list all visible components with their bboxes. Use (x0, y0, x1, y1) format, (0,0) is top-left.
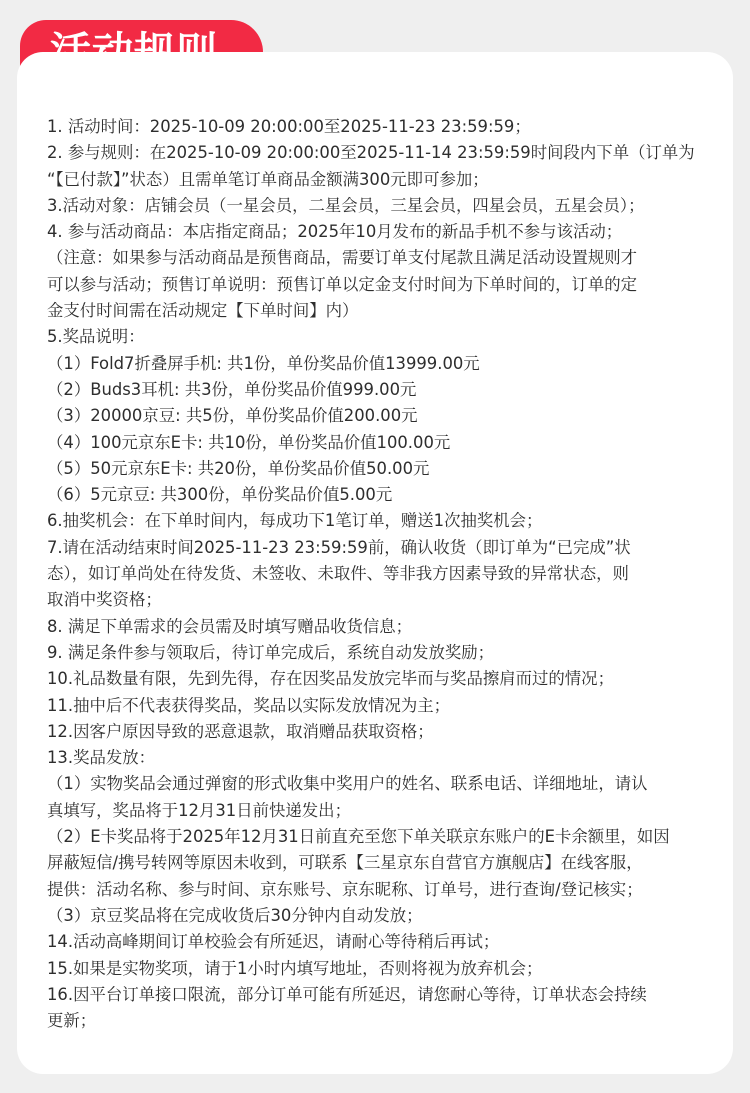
rule-line: 提供：活动名称、参与时间、京东账号、京东昵称、订单号，进行查询/登记核实； (47, 877, 719, 903)
prize-line: （1）Fold7折叠屏手机: 共1份，单份奖品价值13999.00元 (47, 351, 719, 377)
rule-line: 4. 参与活动商品：本店指定商品；2025年10月发布的新品手机不参与该活动； (47, 219, 719, 245)
rule-line: 真填写，奖品将于12月31日前快递发出； (47, 798, 719, 824)
rule-line: 6.抽奖机会：在下单时间内，每成功下1笔订单，赠送1次抽奖机会； (47, 508, 719, 534)
rule-line: （2）E卡奖品将于2025年12月31日前直充至您下单关联京东账户的E卡余额里，… (47, 824, 719, 850)
rule-line: 3.活动对象：店铺会员（一星会员，二星会员，三星会员，四星会员，五星会员）； (47, 193, 719, 219)
rule-line: 13.奖品发放： (47, 745, 719, 771)
prize-line: （3）20000京豆: 共5份，单份奖品价值200.00元 (47, 403, 719, 429)
rule-line: 金支付时间需在活动规定【下单时间】内） (47, 298, 719, 324)
rule-line: 15.如果是实物奖项，请于1小时内填写地址，否则将视为放弃机会； (47, 956, 719, 982)
prize-line: （6）5元京豆: 共300份，单份奖品价值5.00元 (47, 482, 719, 508)
rule-line: “【已付款】”状态）且需单笔订单商品金额满300元即可参加； (47, 167, 719, 193)
prize-line: （5）50元京东E卡: 共20份，单份奖品价值50.00元 (47, 456, 719, 482)
rule-line: 可以参与活动；预售订单说明：预售订单以定金支付时间为下单时间的，订单的定 (47, 272, 719, 298)
rule-line: 取消中奖资格； (47, 587, 719, 613)
rule-line: 2. 参与规则：在2025-10-09 20:00:00至2025-11-14 … (47, 140, 719, 166)
rule-line: 12.因客户原因导致的恶意退款，取消赠品获取资格； (47, 719, 719, 745)
rule-line: 1. 活动时间：2025-10-09 20:00:00至2025-11-23 2… (47, 114, 719, 140)
prize-line: （2）Buds3耳机: 共3份，单份奖品价值999.00元 (47, 377, 719, 403)
rule-line: 屏蔽短信/携号转网等原因未收到，可联系【三星京东自营官方旗舰店】在线客服， (47, 850, 719, 876)
prize-line: （4）100元京东E卡: 共10份，单份奖品价值100.00元 (47, 430, 719, 456)
rule-line: （3）京豆奖品将在完成收货后30分钟内自动发放； (47, 903, 719, 929)
rule-line: 5.奖品说明： (47, 324, 719, 350)
rule-line: （注意：如果参与活动商品是预售商品，需要订单支付尾款且满足活动设置规则才 (47, 245, 719, 271)
rule-line: 11.抽中后不代表获得奖品，奖品以实际发放情况为主； (47, 693, 719, 719)
rule-line: （1）实物奖品会通过弹窗的形式收集中奖用户的姓名、联系电话、详细地址，请认 (47, 771, 719, 797)
rule-line: 8. 满足下单需求的会员需及时填写赠品收货信息； (47, 614, 719, 640)
rule-line: 更新； (47, 1008, 719, 1034)
rule-line: 16.因平台订单接口限流，部分订单可能有所延迟，请您耐心等待，订单状态会持续 (47, 982, 719, 1008)
rule-line: 态），如订单尚处在待发货、未签收、未取件、等非我方因素导致的异常状态，则 (47, 561, 719, 587)
rule-line: 10.礼品数量有限，先到先得，存在因奖品发放完毕而与奖品擦肩而过的情况； (47, 666, 719, 692)
rule-line: 14.活动高峰期间订单校验会有所延迟，请耐心等待稍后再试； (47, 929, 719, 955)
rules-content: 1. 活动时间：2025-10-09 20:00:00至2025-11-23 2… (47, 114, 719, 1034)
rule-line: 7.请在活动结束时间2025-11-23 23:59:59前，确认收货（即订单为… (47, 535, 719, 561)
page-title: 活动规则 (50, 26, 218, 78)
rule-line: 9. 满足条件参与领取后，待订单完成后，系统自动发放奖励； (47, 640, 719, 666)
